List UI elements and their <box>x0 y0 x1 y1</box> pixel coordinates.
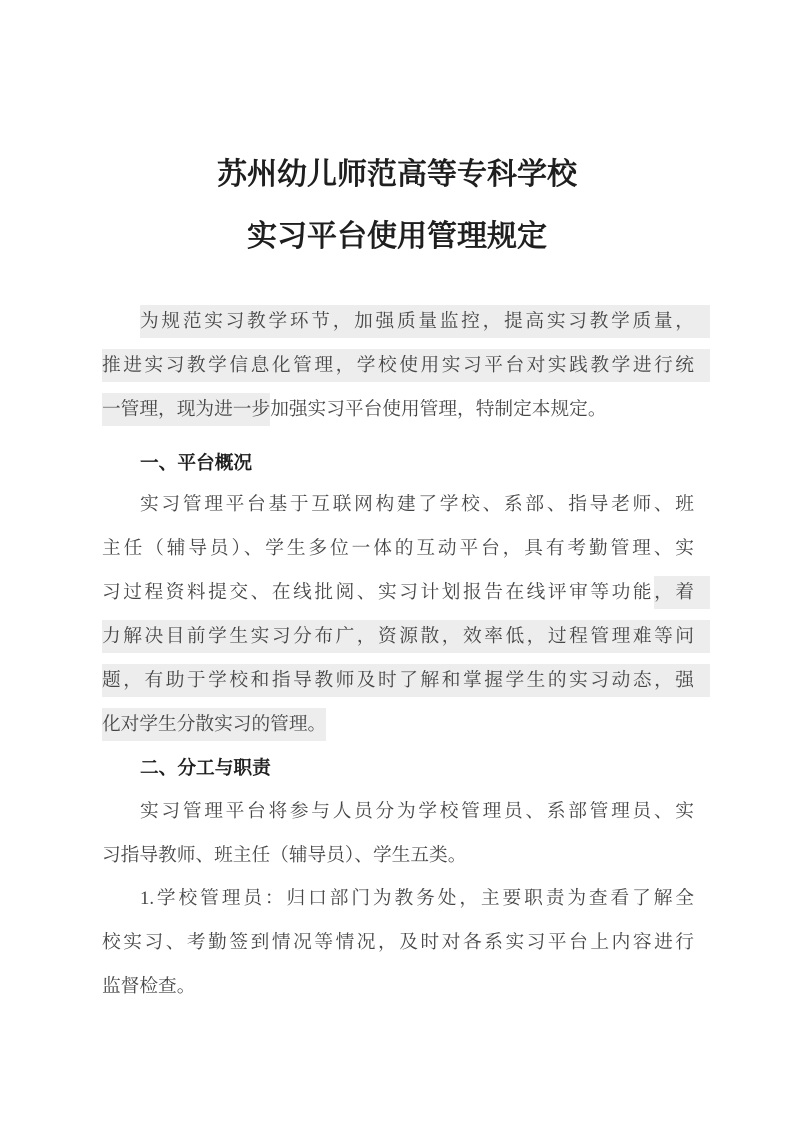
text-run: 监督检查。 <box>102 976 195 997</box>
section-1-line-2: 主任（辅导员）、学生多位一体的互动平台，具有考勤管理、实 <box>102 527 694 571</box>
text-run: 主任（辅导员）、学生多位一体的互动平台，具有考勤管理、实 <box>102 538 694 559</box>
highlight-run: 为规范实习教学环节，加强质量监控，提高实习教学质量， <box>140 305 694 338</box>
text-run: 实习管理平台将参与人员分为学校管理员、系部管理员、实 <box>140 801 694 822</box>
section-2-heading: 二、分工与职责 <box>102 747 694 791</box>
section-1-heading: 一、平台概况 <box>102 442 694 486</box>
text-run: 习过程资料提交、在线批阅、实习计划报告在线评审等功能 <box>102 582 654 603</box>
section-2-item-1-line-1: 1.学校管理员：归口部门为教务处，主要职责为查看了解全 <box>102 877 694 921</box>
section-2-paragraph-line-2: 习指导教师、班主任（辅导员）、学生五类。 <box>102 834 694 878</box>
highlight-run: 化对学生分散实习的管理。 <box>102 708 326 741</box>
text-run: 习指导教师、班主任（辅导员）、学生五类。 <box>102 845 466 866</box>
highlight-run: ，着 <box>654 576 694 609</box>
section-1-line-3: 习过程资料提交、在线批阅、实习计划报告在线评审等功能，着 <box>102 571 694 615</box>
doc-title-line-1: 苏州幼儿师范高等专科学校 <box>0 150 794 200</box>
intro-paragraph-line-3: 一管理，现为进一步加强实习平台使用管理，特制定本规定。 <box>102 388 694 432</box>
section-2-item-1-line-3: 监督检查。 <box>102 965 694 1009</box>
doc-title-line-2: 实习平台使用管理规定 <box>0 212 794 262</box>
intro-paragraph-line-2: 推进实习教学信息化管理，学校使用实习平台对实践教学进行统 <box>102 344 694 388</box>
section-1-line-4: 力解决目前学生实习分布广，资源散，效率低，过程管理难等问 <box>102 615 694 659</box>
section-1-line-1: 实习管理平台基于互联网构建了学校、系部、指导老师、班 <box>102 483 694 527</box>
section-2-paragraph-line-1: 实习管理平台将参与人员分为学校管理员、系部管理员、实 <box>102 790 694 834</box>
text-run: 校实习、考勤签到情况等情况，及时对各系实习平台上内容进行 <box>102 932 694 953</box>
section-2-item-1-line-2: 校实习、考勤签到情况等情况，及时对各系实习平台上内容进行 <box>102 921 694 965</box>
text-run: 1.学校管理员：归口部门为教务处，主要职责为查看了解全 <box>140 888 694 909</box>
highlight-run: 推进实习教学信息化管理，学校使用实习平台对实践教学进行统 <box>102 349 694 382</box>
section-1-line-6: 化对学生分散实习的管理。 <box>102 703 694 747</box>
document-page: 苏州幼儿师范高等专科学校 实习平台使用管理规定 为规范实习教学环节，加强质量监控… <box>0 0 794 1123</box>
intro-paragraph-line-1: 为规范实习教学环节，加强质量监控，提高实习教学质量， <box>102 300 694 344</box>
text-run: 实习管理平台基于互联网构建了学校、系部、指导老师、班 <box>140 494 694 515</box>
highlight-run: 题，有助于学校和指导教师及时了解和掌握学生的实习动态，强 <box>102 664 694 697</box>
section-1-line-5: 题，有助于学校和指导教师及时了解和掌握学生的实习动态，强 <box>102 659 694 703</box>
highlight-run: 一管理，现为进一步 <box>102 393 270 426</box>
highlight-run: 力解决目前学生实习分布广，资源散，效率低，过程管理难等问 <box>102 620 694 653</box>
text-run: 加强实习平台使用管理，特制定本规定。 <box>270 399 606 420</box>
